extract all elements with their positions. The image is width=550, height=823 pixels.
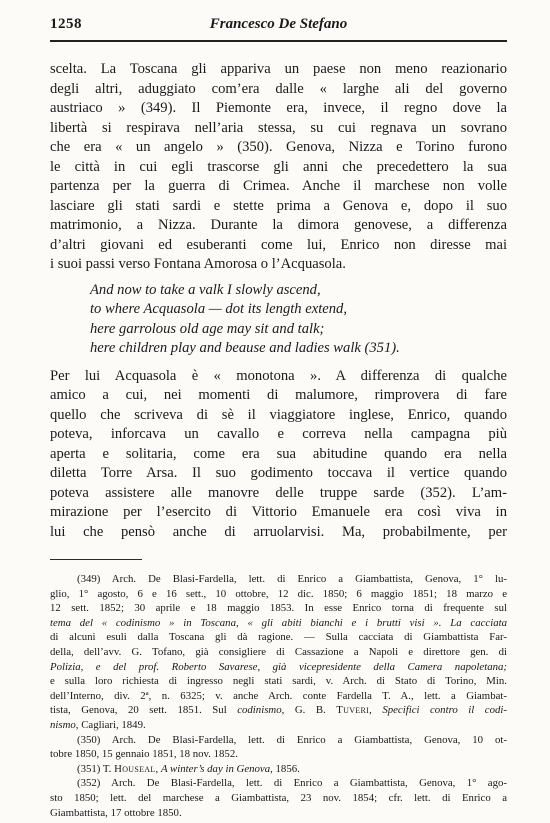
footnote-351: (351) T. Houseal, A winter’s day in Geno… bbox=[50, 762, 507, 777]
page-header: 1258 Francesco De Stefano bbox=[50, 16, 507, 35]
footnote-352: (352) Arch. De Blasi-Fardella, lett. di … bbox=[50, 776, 507, 820]
footnote-350: (350) Arch. De Blasi-Fardella, lett. di … bbox=[50, 733, 507, 762]
footnote-separator-rule bbox=[50, 559, 142, 560]
running-title: Francesco De Stefano bbox=[210, 16, 348, 33]
paragraph-2: Per lui Acquasola è « monotona ». A diff… bbox=[50, 367, 507, 543]
poem-quote: And now to take a valk I slowly ascend,t… bbox=[90, 281, 507, 359]
footnotes-block: (349) Arch. De Blasi-Fardella, lett. di … bbox=[50, 572, 507, 820]
main-text: scelta. La Toscana gli appariva un paese… bbox=[50, 60, 507, 542]
header-rule bbox=[50, 40, 507, 42]
book-page: 1258 Francesco De Stefano scelta. La Tos… bbox=[0, 0, 550, 823]
paragraph-1: scelta. La Toscana gli appariva un paese… bbox=[50, 60, 507, 275]
footnote-349: (349) Arch. De Blasi-Fardella, lett. di … bbox=[50, 572, 507, 733]
page-number: 1258 bbox=[50, 16, 82, 33]
